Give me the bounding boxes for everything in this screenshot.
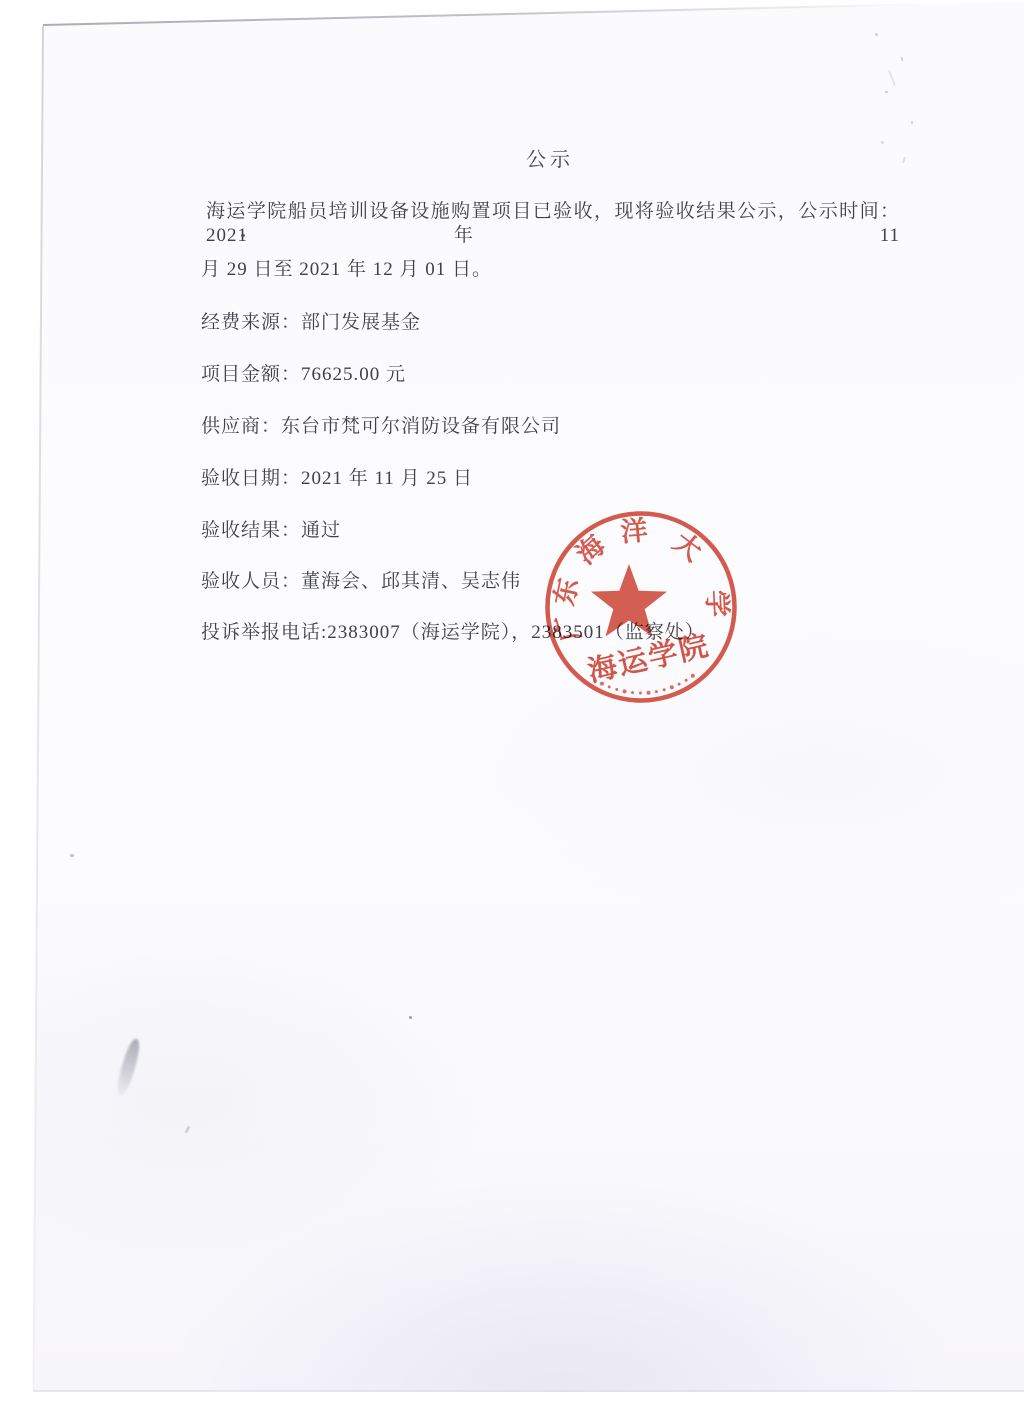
notice-paragraph-line1: 海运学院船员培训设备设施购置项目已验收，现将验收结果公示，公示时间：2021 年… bbox=[206, 200, 900, 248]
field-funding-source: 经费来源：部门发展基金 bbox=[201, 311, 421, 335]
field-acceptance-date: 验收日期：2021 年 11 月 25 日 bbox=[201, 467, 473, 491]
field-supplier: 供应商：东台市梵可尔消防设备有限公司 bbox=[201, 415, 561, 439]
svg-text:洋: 洋 bbox=[619, 515, 649, 547]
svg-text:广: 广 bbox=[550, 611, 586, 645]
svg-text:海运学院: 海运学院 bbox=[585, 629, 713, 689]
svg-text:学: 学 bbox=[701, 589, 732, 617]
scanned-notice-page: 公示 海运学院船员培训设备设施购置项目已验收，现将验收结果公示，公示时间：202… bbox=[0, 0, 1024, 1408]
field-acceptance-personnel: 验收人员：董海会、邱其清、吴志伟 bbox=[201, 570, 521, 594]
field-project-amount: 项目金额：76625.00 元 bbox=[201, 363, 406, 387]
svg-text:海: 海 bbox=[571, 530, 611, 570]
notice-title: 公示 bbox=[526, 148, 574, 172]
field-acceptance-result: 验收结果：通过 bbox=[201, 519, 341, 543]
notice-paragraph-line2: 月 29 日至 2021 年 12 月 01 日。 bbox=[201, 258, 492, 282]
official-seal: 广东海洋大学海运学院 bbox=[541, 509, 741, 714]
svg-text:东: 东 bbox=[549, 576, 584, 608]
